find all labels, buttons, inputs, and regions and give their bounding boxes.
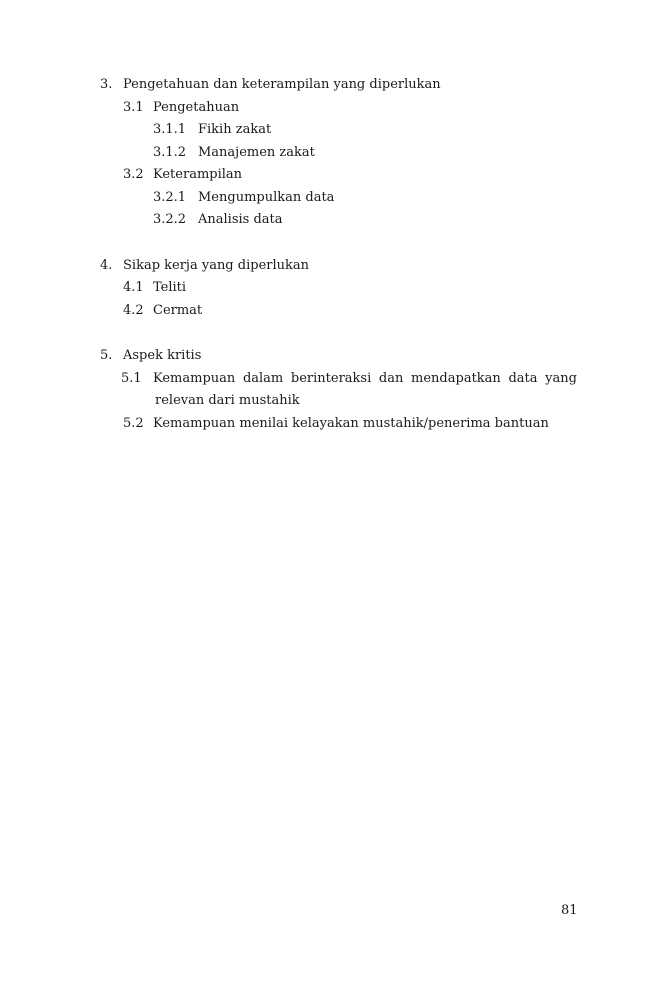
item-5-2-title: Kemampuan menilai kelayakan mustahik/pen… [153,416,549,432]
word: dalam [243,371,283,387]
item-3-1-title: Pengetahuan [153,100,239,116]
word: berinteraksi [291,371,371,387]
item-3-2-title: Keterampilan [153,167,242,183]
section-3-title: Pengetahuan dan keterampilan yang diperl… [123,77,441,93]
item-5-1-number: 5.1 [121,371,142,387]
section-5-title: Aspek kritis [123,348,201,364]
section-4-number: 4. [100,258,112,274]
item-3-2-2-text: Analisis data [198,212,283,228]
word: dan [379,371,403,387]
item-5-2-number: 5.2 [123,416,144,432]
item-4-1-number: 4.1 [123,280,144,296]
item-3-1-2-text: Manajemen zakat [198,145,315,161]
word: yang [545,371,577,387]
page-number: 81 [561,903,578,919]
item-3-2-1-number: 3.2.1 [153,190,186,206]
word: Kemampuan [153,371,235,387]
section-5-number: 5. [100,348,112,364]
section-4-title: Sikap kerja yang diperlukan [123,258,309,274]
item-3-2-number: 3.2 [123,167,144,183]
word: data [508,371,537,387]
item-3-1-2-number: 3.1.2 [153,145,186,161]
item-3-2-2-number: 3.2.2 [153,212,186,228]
item-3-1-1-text: Fikih zakat [198,122,271,138]
item-5-1-text: Kemampuandalamberinteraksidanmendapatkan… [153,371,577,387]
item-5-1-continuation: relevan dari mustahik [155,393,300,409]
item-3-1-number: 3.1 [123,100,144,116]
item-4-2-number: 4.2 [123,303,144,319]
item-4-1-title: Teliti [153,280,186,296]
word: mendapatkan [411,371,501,387]
section-3-number: 3. [100,77,112,93]
item-3-1-1-number: 3.1.1 [153,122,186,138]
item-3-2-1-text: Mengumpulkan data [198,190,334,206]
item-4-2-title: Cermat [153,303,202,319]
